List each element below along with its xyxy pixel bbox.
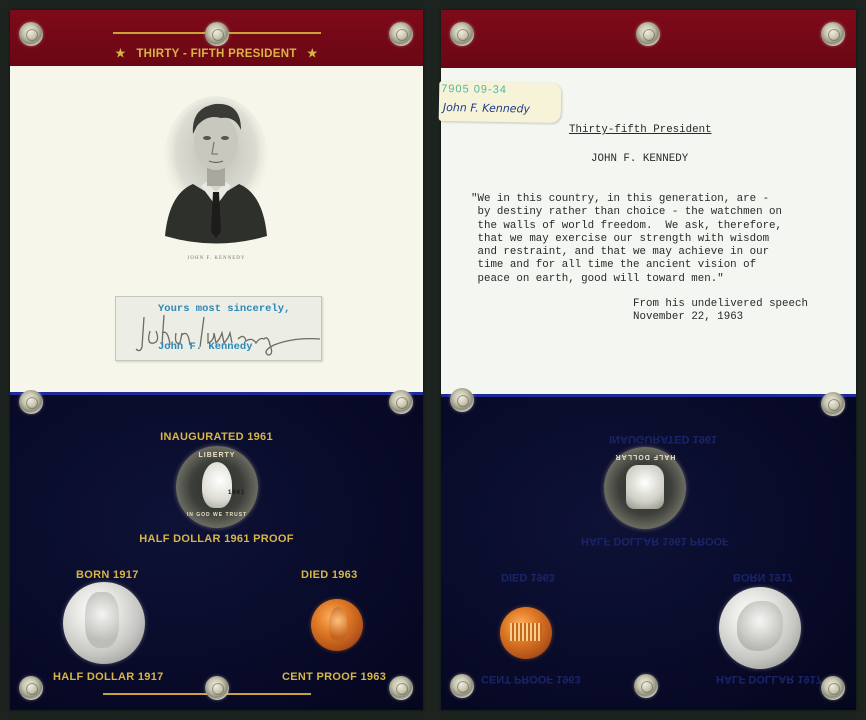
quote-line: time and for all time the ancient vision… [471,259,782,272]
franklin-bust [202,462,232,508]
liberty-bell [626,465,664,509]
quote-line: peace on earth, good will toward men." [471,273,782,286]
mirrored-label: INAUGURATED 1961 [609,433,717,445]
quote-heading: Thirty-fifth President [569,124,712,137]
mirrored-label: DIED 1963 [501,571,555,583]
kennedy-portrait-engraving [157,86,275,246]
coin-label-cent-proof-1963: CENT PROOF 1963 [282,671,386,683]
coin-label-died: DIED 1963 [301,569,358,581]
signature-card: Yours most sincerely, John F. Kennedy [115,296,322,361]
screw-icon [389,676,413,700]
sticker-name: John F. Kennedy [443,101,530,116]
screw-icon [636,22,660,46]
screw-icon [634,674,658,698]
coin-lincoln-cent-1963-proof [311,599,363,651]
coin-legend-trust: IN GOD WE TRUST [176,512,258,518]
quote-line: the walls of world freedom. We ask, ther… [471,220,782,233]
quote-date: November 22, 1963 [633,311,743,324]
lincoln-memorial [510,623,542,641]
inventory-sticker: 7905 09-34 John F. Kennedy [439,81,562,123]
coin-half-dollar-1961-proof: LIBERTY 1961 IN GOD WE TRUST [176,446,258,528]
coin-velvet-back: INAUGURATED 1961 HALF DOLLAR HALF DOLLAR… [441,394,856,710]
star-icon: ★ [307,48,318,60]
screw-icon [205,22,229,46]
coin-date: 1961 [228,490,245,496]
eagle-figure [737,601,783,651]
coin-lincoln-cent-reverse [500,607,552,659]
screw-icon [821,392,845,416]
portrait-caption: JOHN F. KENNEDY [10,256,423,261]
screw-icon [19,390,43,414]
coin-label-born: BORN 1917 [76,569,139,581]
mirrored-label: CENT PROOF 1963 [481,673,581,685]
quote-text: "We in this country, in this generation,… [471,193,782,286]
screw-icon [450,388,474,412]
coin-label-inaugurated: INAUGURATED 1961 [10,431,423,443]
header-label: THIRTY - FIFTH PRESIDENT [136,48,296,60]
screw-icon [19,22,43,46]
coin-label-half-dollar-1917: HALF DOLLAR 1917 [53,671,164,683]
header-label-row: ★ THIRTY - FIFTH PRESIDENT ★ [10,46,423,60]
screw-icon [205,676,229,700]
screw-icon [821,676,845,700]
quote-source: From his undelivered speech [633,298,808,311]
screw-icon [389,390,413,414]
star-icon: ★ [115,48,126,60]
lincoln-bust [329,607,347,641]
front-display-panel: ★ THIRTY - FIFTH PRESIDENT ★ [10,10,423,710]
mirrored-label: BORN 1917 [733,571,793,583]
screw-icon [821,22,845,46]
coin-label-half-dollar-1961: HALF DOLLAR 1961 PROOF [10,533,423,545]
signature-typed-name: John F. Kennedy [158,341,253,353]
sticker-number: 7905 09-34 [441,83,507,96]
quote-name: JOHN F. KENNEDY [591,153,688,166]
mirrored-label: HALF DOLLAR 1961 PROOF [581,535,729,547]
walking-liberty-figure [85,592,119,648]
back-display-panel: 7905 09-34 John F. Kennedy Thirty-fifth … [441,10,856,710]
quote-line: "We in this country, in this generation,… [471,193,782,206]
coin-legend-liberty: LIBERTY [176,452,258,459]
coin-velvet: INAUGURATED 1961 LIBERTY 1961 IN GOD WE … [10,392,423,710]
quote-line: that we may exercise our strength with w… [471,233,782,246]
screw-icon [450,22,474,46]
mirrored-label: HALF DOLLAR 1917 [716,673,822,685]
quote-line: by destiny rather than choice - the watc… [471,206,782,219]
screw-icon [19,676,43,700]
coin-legend-half-dollar: HALF DOLLAR [604,453,686,460]
coin-half-dollar-1961-reverse: HALF DOLLAR [604,447,686,529]
quote-line: and restraint, and that we may achieve i… [471,246,782,259]
quote-paper: 7905 09-34 John F. Kennedy Thirty-fifth … [441,68,856,394]
portrait-paper: JOHN F. KENNEDY Yours most sincerely, Jo… [10,66,423,392]
screw-icon [389,22,413,46]
coin-walking-liberty-half-1917 [63,582,145,664]
screw-icon [450,674,474,698]
coin-walking-liberty-reverse [719,587,801,669]
